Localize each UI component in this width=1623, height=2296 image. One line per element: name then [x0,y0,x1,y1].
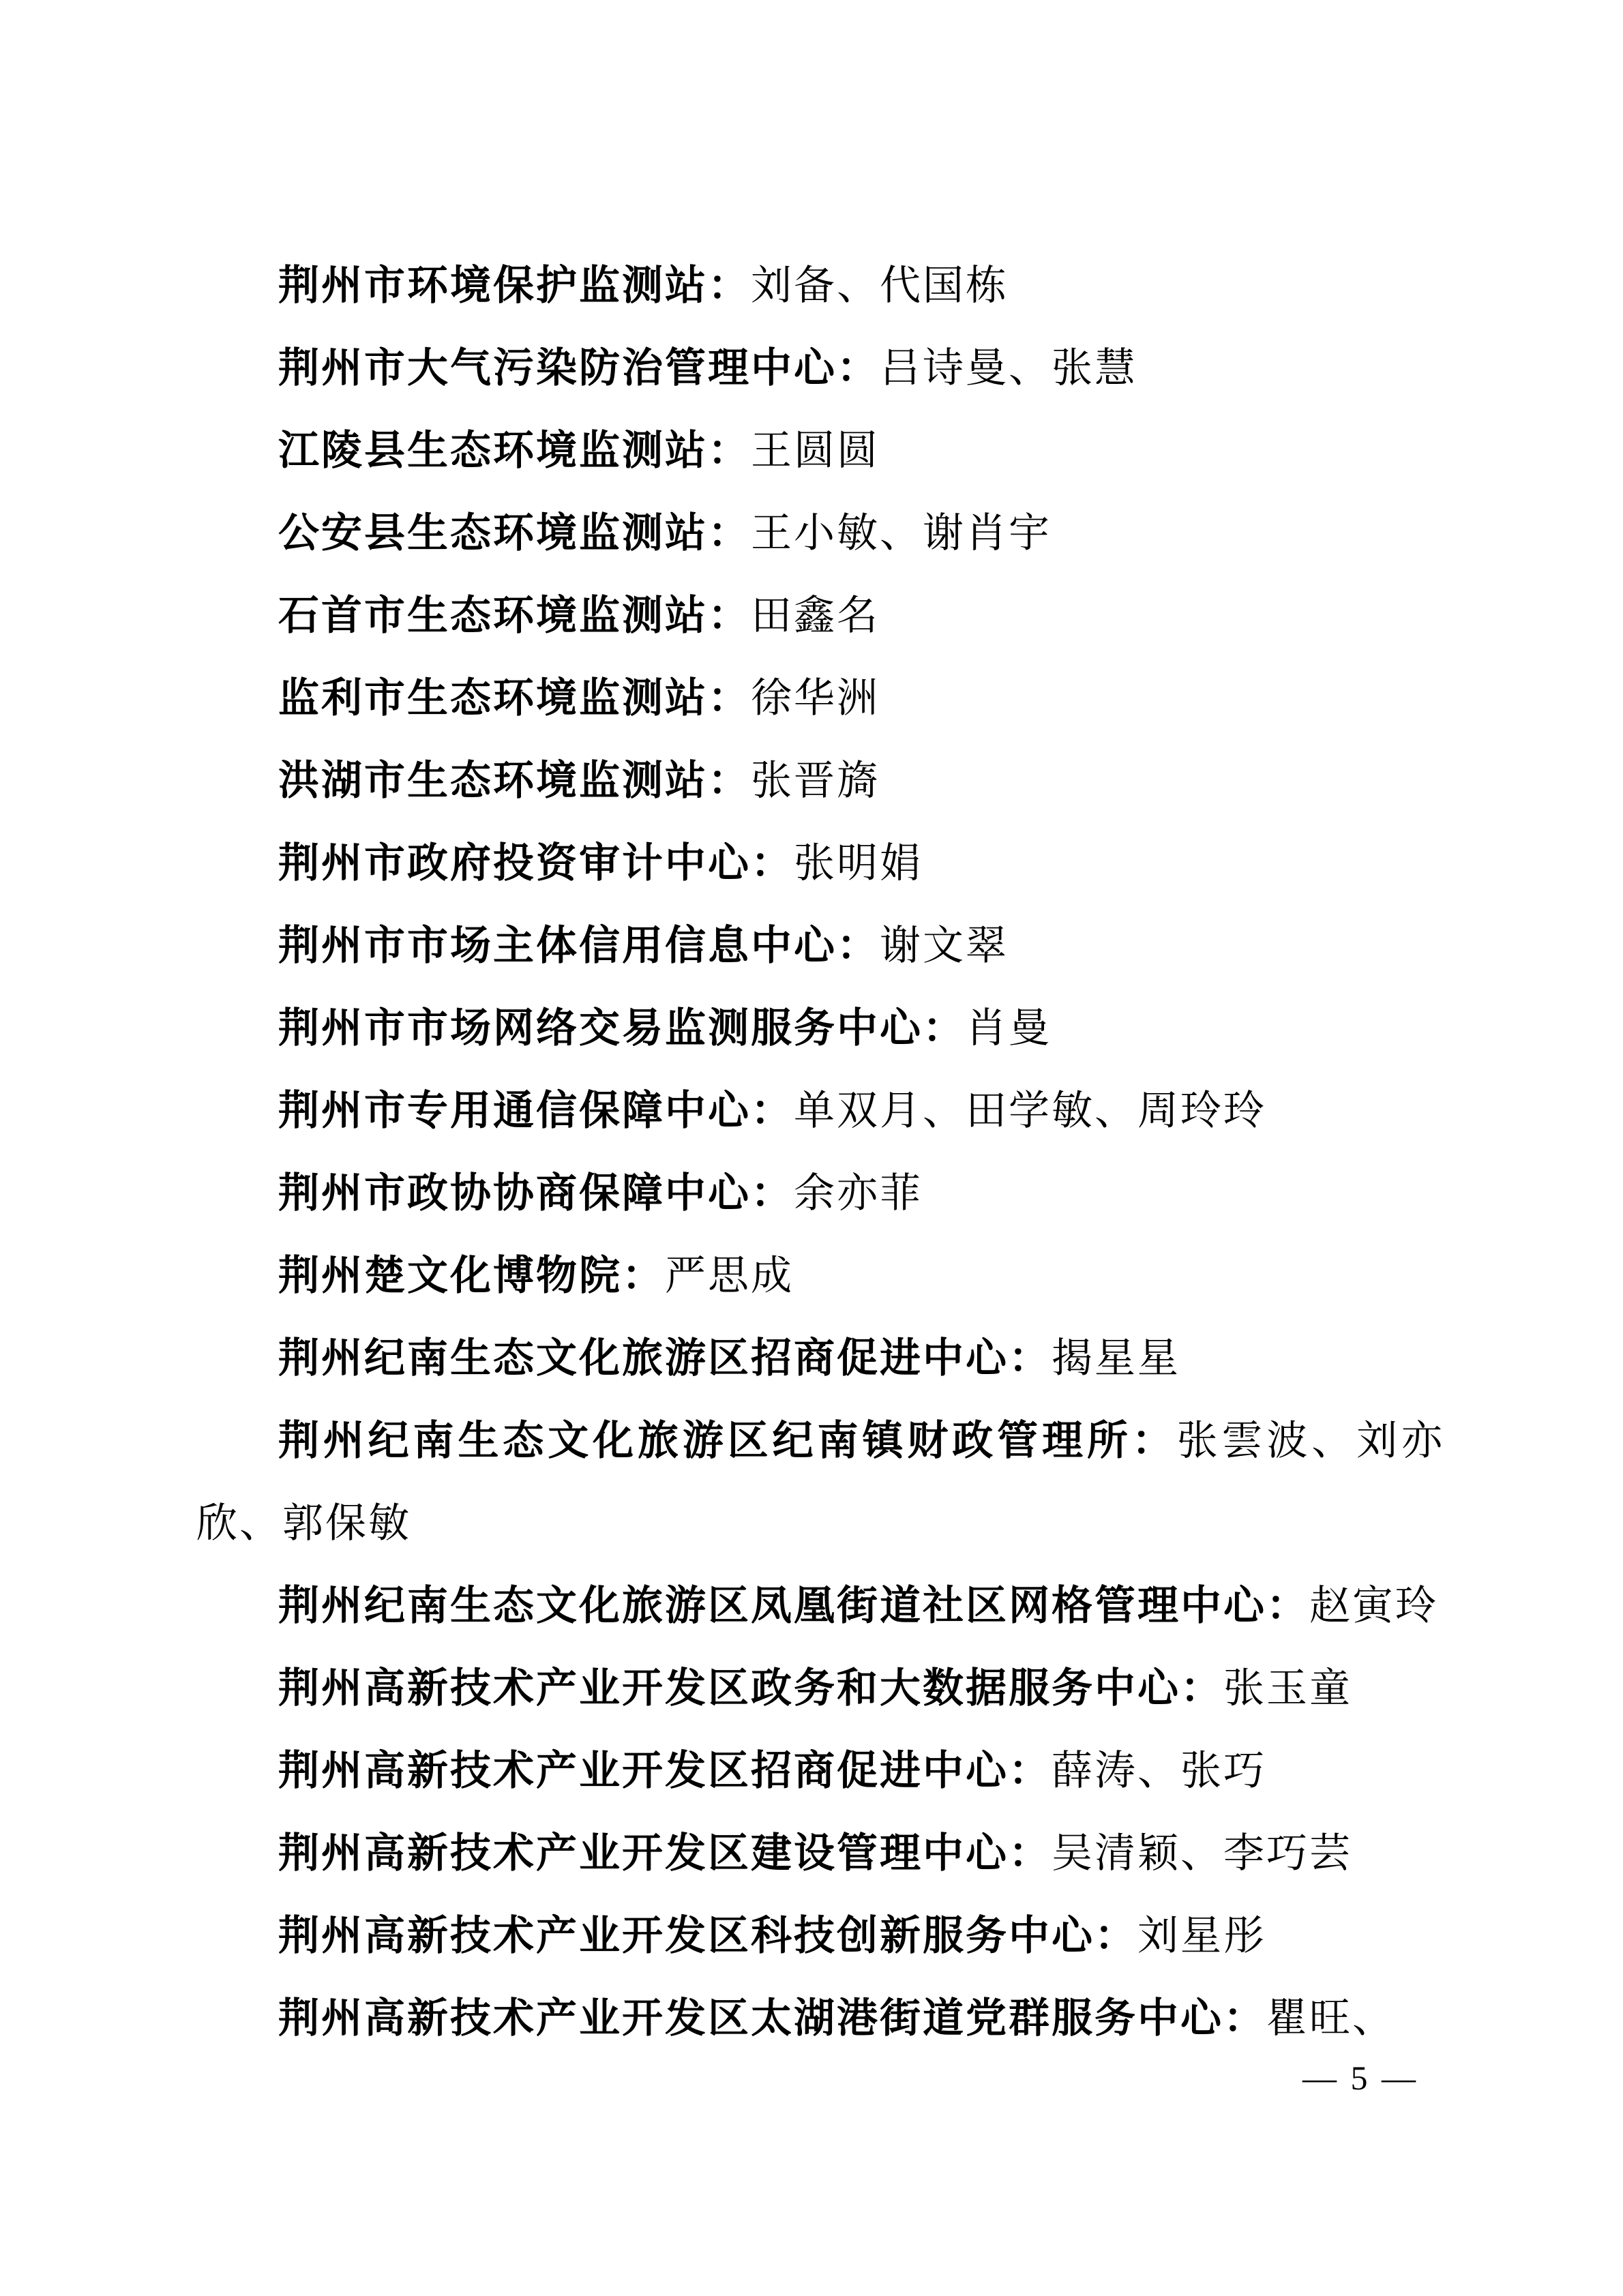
person-names: 田鑫名 [751,593,880,638]
org-name: 荆州高新技术产业开发区政务和大数据服务中心： [278,1666,1223,1711]
appointment-entry: 荆州市大气污染防治管理中心：吕诗曼、张慧 [196,327,1444,410]
org-name: 洪湖市生态环境监测站： [278,758,751,803]
appointment-entry: 监利市生态环境监测站：徐华洲 [196,657,1444,740]
org-name: 荆州纪南生态文化旅游区招商促进中心： [278,1336,1052,1381]
org-name: 荆州高新技术产业开发区科技创新服务中心： [278,1913,1137,1958]
person-names: 肖曼 [966,1006,1052,1051]
person-names: 谢文翠 [880,923,1009,968]
appointment-entry: 荆州市专用通信保障中心：单双月、田学敏、周玲玲 [196,1070,1444,1152]
appointment-entry: 荆州高新技术产业开发区科技创新服务中心：刘星彤 [196,1895,1444,1978]
person-names: 瞿旺、 [1266,1996,1395,2041]
person-names: 吕诗曼、张慧 [880,346,1137,391]
org-name: 荆州市环境保护监测站： [278,263,751,308]
person-names: 严思成 [665,1253,794,1298]
person-names: 张晋旖 [751,758,880,803]
page-number: — 5 — [1302,2058,1418,2098]
org-name: 石首市生态环境监测站： [278,593,751,638]
person-names: 刘星彤 [1137,1913,1266,1958]
appointment-entry: 荆州市市场主体信用信息中心：谢文翠 [196,905,1444,987]
appointment-entry: 荆州高新技术产业开发区政务和大数据服务中心：张玉童 [196,1648,1444,1730]
appointment-entry: 荆州高新技术产业开发区太湖港街道党群服务中心：瞿旺、 [196,1978,1444,2060]
org-name: 荆州高新技术产业开发区太湖港街道党群服务中心： [278,1996,1266,2041]
appointment-entry: 荆州市环境保护监测站：刘备、代国栋 [196,245,1444,327]
org-name: 江陵县生态环境监测站： [278,428,751,473]
appointment-entry: 荆州纪南生态文化旅游区招商促进中心：揭星星 [196,1317,1444,1400]
appointment-entry: 荆州市政府投资审计中心：张明娟 [196,822,1444,905]
person-names: 张玉童 [1223,1666,1352,1711]
org-name: 荆州纪南生态文化旅游区凤凰街道社区网格管理中心： [278,1583,1309,1628]
person-names: 王小敏、谢肖宇 [751,511,1052,556]
appointment-entry: 石首市生态环境监测站：田鑫名 [196,575,1444,657]
org-name: 荆州市大气污染防治管理中心： [278,346,880,391]
person-names: 徐华洲 [751,676,880,721]
appointment-entry: 洪湖市生态环境监测站：张晋旖 [196,740,1444,822]
appointment-list: 荆州市环境保护监测站：刘备、代国栋 荆州市大气污染防治管理中心：吕诗曼、张慧 江… [196,245,1444,2060]
org-name: 荆州楚文化博物院： [278,1253,665,1298]
appointment-entry: 江陵县生态环境监测站：王圆圆 [196,410,1444,492]
person-names: 刘备、代国栋 [751,263,1009,308]
appointment-entry: 公安县生态环境监测站：王小敏、谢肖宇 [196,492,1444,575]
appointment-entry: 荆州市政协协商保障中心：余亦菲 [196,1152,1444,1235]
appointment-entry: 荆州纪南生态文化旅游区纪南镇财政管理所：张雲波、刘亦欣、郭保敏 [196,1400,1444,1565]
appointment-entry: 荆州高新技术产业开发区招商促进中心：薛涛、张巧 [196,1730,1444,1813]
org-name: 荆州市专用通信保障中心： [278,1088,794,1133]
org-name: 荆州高新技术产业开发区招商促进中心： [278,1748,1052,1793]
document-page: 荆州市环境保护监测站：刘备、代国栋 荆州市大气污染防治管理中心：吕诗曼、张慧 江… [0,0,1623,2296]
org-name: 荆州高新技术产业开发区建设管理中心： [278,1831,1052,1876]
org-name: 荆州纪南生态文化旅游区纪南镇财政管理所： [278,1418,1177,1463]
org-name: 公安县生态环境监测站： [278,511,751,556]
org-name: 荆州市市场主体信用信息中心： [278,923,880,968]
org-name: 荆州市政协协商保障中心： [278,1171,794,1216]
person-names: 张明娟 [794,841,923,886]
org-name: 监利市生态环境监测站： [278,676,751,721]
person-names: 吴清颖、李巧芸 [1052,1831,1352,1876]
person-names: 赵寅玲 [1309,1583,1438,1628]
person-names: 单双月、田学敏、周玲玲 [794,1088,1266,1133]
appointment-entry: 荆州纪南生态文化旅游区凤凰街道社区网格管理中心：赵寅玲 [196,1565,1444,1648]
org-name: 荆州市政府投资审计中心： [278,841,794,886]
org-name: 荆州市市场网络交易监测服务中心： [278,1006,966,1051]
person-names: 薛涛、张巧 [1052,1748,1266,1793]
appointment-entry: 荆州市市场网络交易监测服务中心：肖曼 [196,987,1444,1070]
appointment-entry: 荆州高新技术产业开发区建设管理中心：吴清颖、李巧芸 [196,1813,1444,1895]
appointment-entry: 荆州楚文化博物院：严思成 [196,1235,1444,1317]
person-names: 揭星星 [1052,1336,1180,1381]
person-names: 王圆圆 [751,428,880,473]
person-names: 余亦菲 [794,1171,923,1216]
